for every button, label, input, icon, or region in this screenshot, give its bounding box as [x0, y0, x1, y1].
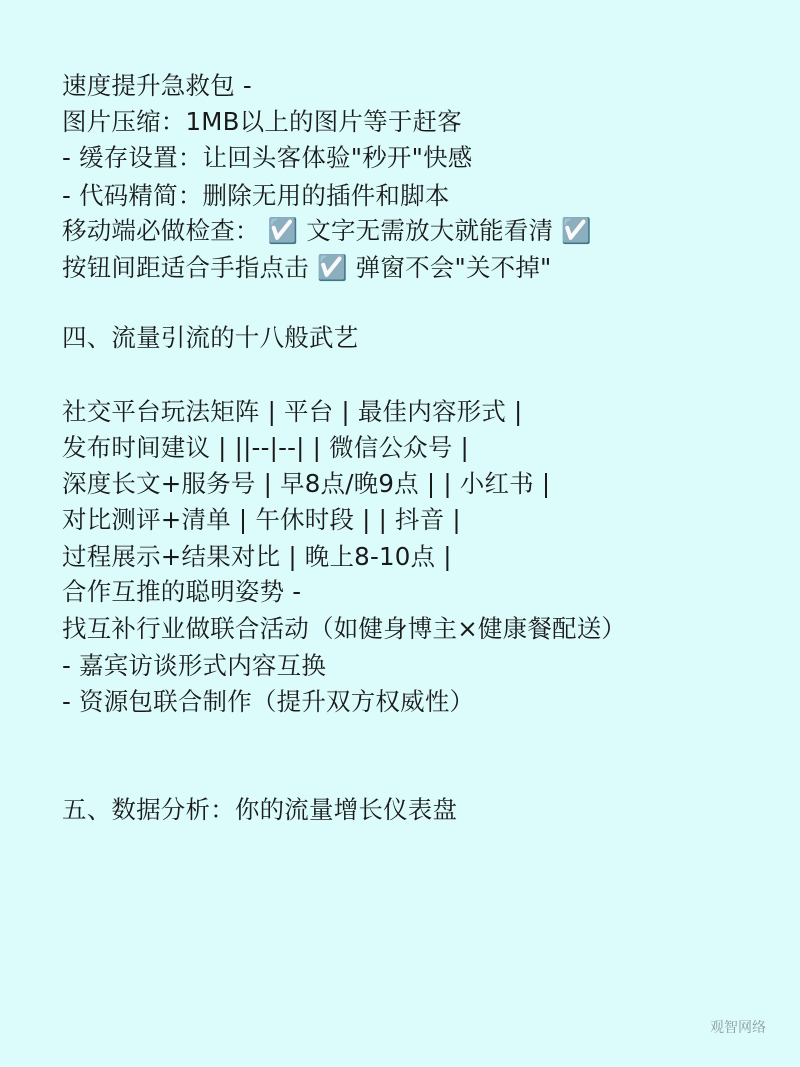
text-line-joint-activity: 找互补行业做联合活动（如健身博主×健康餐配送） — [62, 613, 626, 645]
text-line-mobile-check-cont: 按钮间距适合手指点击 ☑️ 弹窗不会"关不掉" — [62, 252, 552, 284]
table-line-2: 发布时间建议 | ||--|--| | 微信公众号 | — [62, 432, 469, 464]
table-line-3: 深度长文+服务号 | 早8点/晚9点 | | 小红书 | — [62, 468, 550, 500]
text-line-resource-pack: - 资源包联合制作（提升双方权威性） — [62, 686, 474, 718]
text-line-interview: - 嘉宾访谈形式内容互换 — [62, 650, 326, 682]
text-line-code: - 代码精简：删除无用的插件和脚本 — [62, 180, 450, 212]
table-line-header: 社交平台玩法矩阵 | 平台 | 最佳内容形式 | — [62, 396, 523, 428]
table-line-4: 对比测评+清单 | 午休时段 | | 抖音 | — [62, 504, 461, 536]
watermark: 观智网络 — [710, 1017, 766, 1037]
section-heading-traffic: 四、流量引流的十八般武艺 — [62, 322, 358, 354]
text-line-cache: - 缓存设置：让回头客体验"秒开"快感 — [62, 142, 472, 174]
text-line-image-compression: 图片压缩：1MB以上的图片等于赶客 — [62, 106, 462, 138]
section-heading-cooperation: 合作互推的聪明姿势 - — [62, 576, 301, 608]
text-line-mobile-check: 移动端必做检查： ☑️ 文字无需放大就能看清 ☑️ — [62, 215, 592, 247]
section-heading-data-analysis: 五、数据分析：你的流量增长仪表盘 — [62, 794, 457, 826]
table-line-5: 过程展示+结果对比 | 晚上8-10点 | — [62, 541, 452, 573]
section-heading-speed: 速度提升急救包 - — [62, 70, 252, 102]
